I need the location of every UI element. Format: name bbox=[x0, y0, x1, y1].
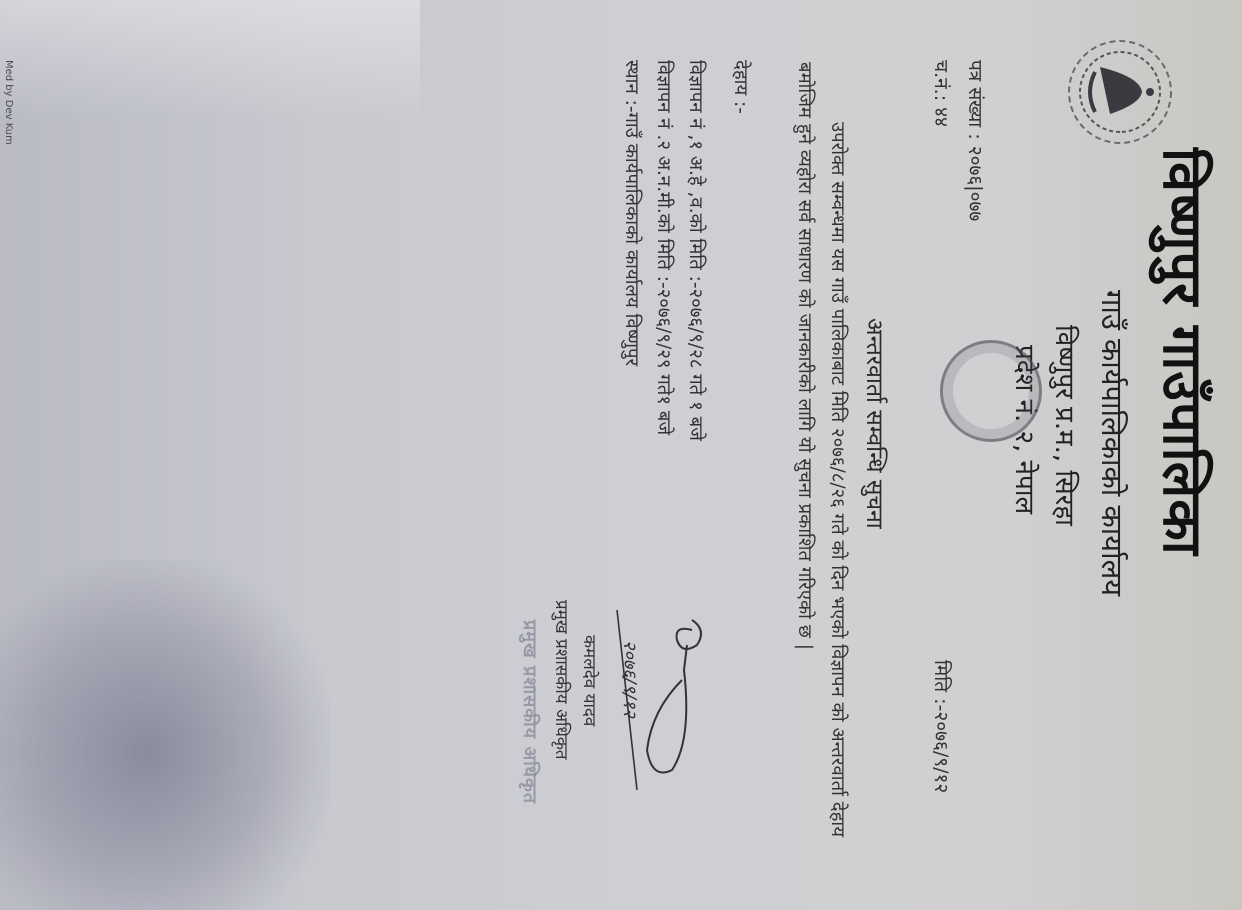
letter-number: पत्र संख्या : २०७६|०७७ bbox=[963, 60, 989, 221]
subject-heading: अन्तरवार्ता सम्वन्धि सुचना bbox=[860, 318, 892, 529]
nepal-emblem-icon bbox=[1068, 40, 1172, 144]
office-name: गाउँ कार्यपालिकाको कार्यालय bbox=[1093, 290, 1132, 596]
signatory-designation: प्रमुख प्रशासकीय अधिकृत bbox=[551, 600, 574, 760]
dispatch-number: च.नं.: ४४ bbox=[929, 60, 955, 127]
office-address: विष्णुपुर प्र.म., सिरहा bbox=[1048, 325, 1084, 526]
rotated-document-page: विष्णुपुर गाउँपालिका गाउँ कार्यपालिकाको … bbox=[0, 0, 1242, 910]
detail-item: विज्ञापन नं .२ अ.न.मी.को मिति :-२०७६/९/२… bbox=[647, 60, 680, 435]
detail-item: विज्ञापन नं ,१ अ.हे ,व.को मिति :-२०७६/९/… bbox=[679, 60, 712, 441]
details-label: देहाय :- bbox=[724, 60, 757, 114]
handwritten-date: २०७६/९/१२ bbox=[618, 640, 642, 718]
body-paragraph: उपरोक्त सम्वन्धमा यस गाउँ पालिकाबाट मिति… bbox=[788, 62, 854, 842]
signatory-name: कमलदेव यादव bbox=[579, 635, 602, 726]
letter-date: मिति :-२०७६/९/१२ bbox=[929, 660, 955, 793]
footer-note: Med by Dev Kum bbox=[3, 60, 14, 145]
office-seal-icon bbox=[940, 340, 1042, 442]
detail-item: स्थान :-गाउँ कार्यपालिकाको कार्यालय विष्… bbox=[615, 60, 648, 366]
designation-stamp: प्रमुख प्रशासकीय अधिकृत bbox=[518, 620, 542, 804]
municipality-title: विष्णुपुर गाउँपालिका bbox=[1148, 148, 1222, 556]
